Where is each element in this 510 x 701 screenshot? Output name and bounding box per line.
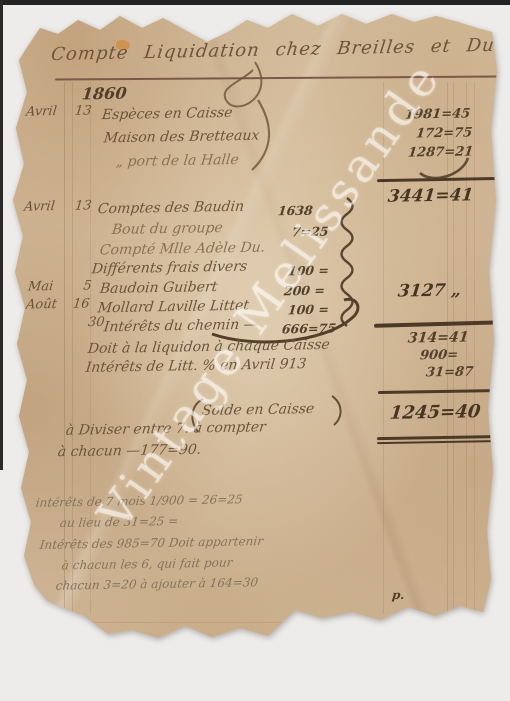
- ledger-column-rule: [64, 82, 65, 614]
- note-line: Intérêts des 985=70 Doit appartenir: [39, 534, 264, 552]
- note-line: chacun 3=20 à ajouter à 164=30: [55, 575, 259, 593]
- scanned-document-page: Compte Liquidation chez Breilles et Dumo…: [0, 0, 510, 701]
- entry-text: Maison des Bretteaux: [103, 128, 260, 147]
- paper-shadow: Compte Liquidation chez Breilles et Dumo…: [0, 0, 510, 701]
- double-rule-bottom: [377, 440, 503, 444]
- ink-mark: p.: [391, 588, 405, 602]
- amount-tail-swash: [420, 158, 468, 178]
- entry-amount: 666=75: [281, 321, 337, 337]
- title-swash: [225, 62, 262, 106]
- ledger-column-rule: [72, 82, 73, 614]
- solde-close-flourish: [332, 396, 341, 425]
- torn-paper: Compte Liquidation chez Breilles et Dumo…: [0, 0, 510, 701]
- entry-amount: 172=75: [415, 126, 473, 142]
- margin-date: Avril 13: [25, 103, 92, 119]
- entry-text: „ port de la Halle: [115, 152, 240, 170]
- sum-rule-3: [378, 389, 502, 394]
- margin-date: Mai 5: [27, 278, 92, 294]
- total-amount: 3127 „: [397, 280, 462, 301]
- entry-amount: 1287=21: [407, 144, 474, 160]
- entry-amount: 31=87: [425, 365, 474, 381]
- entry-text: Comptes des Baudin: [97, 199, 245, 218]
- entry-text: Espèces en Caisse: [101, 105, 233, 123]
- red-foot-rule: [62, 622, 476, 623]
- grand-total-amount: 1245=40: [389, 401, 482, 424]
- margin-date: 30: [87, 315, 105, 330]
- note-line: à chacun les 6, qui fait pour: [61, 556, 233, 573]
- carry-amount: 314=41: [407, 329, 469, 346]
- page-title: Compte Liquidation chez Breilles et Dumo…: [50, 32, 510, 65]
- sum-rule-1: [377, 177, 505, 182]
- sum-rule-2: [374, 320, 507, 328]
- year-label: 1860: [81, 84, 128, 104]
- entry-amount: 900=: [419, 348, 459, 364]
- total-amount: 3441=41: [387, 185, 474, 206]
- red-margin-rule: [466, 82, 467, 620]
- red-margin-rule: [474, 82, 475, 620]
- entry-text: Bout du groupe: [111, 220, 223, 238]
- margin-date: Avril 13: [23, 198, 92, 214]
- entry-text: Compté Mlle Adèle Du.: [99, 240, 266, 259]
- margin-date: Août 16: [25, 296, 90, 312]
- entry-text: Baudoin Guibert: [99, 279, 218, 297]
- entry-text: Différents frais divers: [91, 259, 248, 278]
